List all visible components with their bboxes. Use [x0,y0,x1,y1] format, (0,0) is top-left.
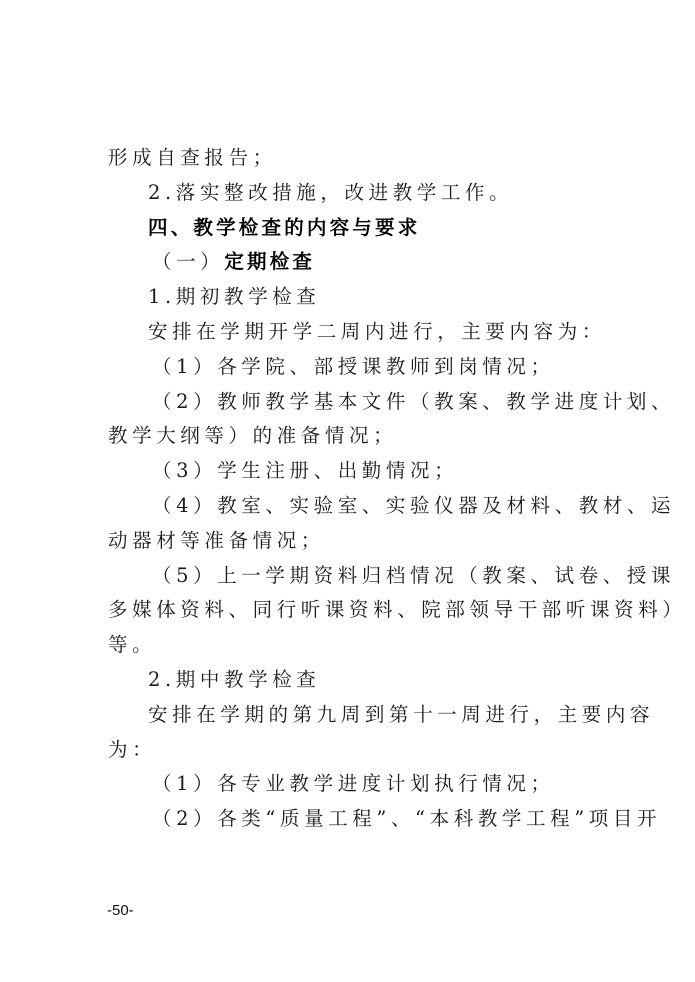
text-line: 多媒体资料、同行听课资料、院部领导干部听课资料） [108,593,600,628]
page-number: -50- [107,902,134,919]
text-line: 动器材等准备情况； [108,524,600,559]
list-item: （1）各专业教学进度计划执行情况； [108,767,600,802]
list-item: （5）上一学期资料归档情况（教案、试卷、授课 [108,559,600,594]
text-line: 形成自查报告； [108,141,600,176]
text-line: 教学大纲等）的准备情况； [108,419,600,454]
list-item: （2）各类“质量工程”、“本科教学工程”项目开 [108,802,600,837]
text-line: 安排在学期开学二周内进行，主要内容为： [108,315,600,350]
text-line: 安排在学期的第九周到第十一周进行，主要内容 [108,698,600,733]
list-item: （2）教师教学基本文件（教案、教学进度计划、 [108,385,600,420]
section-heading: 四、教学检查的内容与要求 [108,211,600,246]
list-item: （3）学生注册、出勤情况； [108,454,600,489]
text-line: 2.落实整改措施，改进教学工作。 [108,176,600,211]
list-item: （1）各学院、部授课教师到岗情况； [108,350,600,385]
subsection-prefix: （一） [152,250,224,273]
subsection-title: 定期检查 [224,250,315,273]
text-line: 2.期中教学检查 [108,663,600,698]
document-body: 形成自查报告； 2.落实整改措施，改进教学工作。 四、教学检查的内容与要求 （一… [108,141,600,837]
subsection-heading: （一）定期检查 [108,245,600,280]
text-line: 1.期初教学检查 [108,280,600,315]
text-line: 为： [108,733,600,768]
text-line: 等。 [108,628,600,663]
document-page: 形成自查报告； 2.落实整改措施，改进教学工作。 四、教学检查的内容与要求 （一… [0,0,695,982]
list-item: （4）教室、实验室、实验仪器及材料、教材、运 [108,489,600,524]
